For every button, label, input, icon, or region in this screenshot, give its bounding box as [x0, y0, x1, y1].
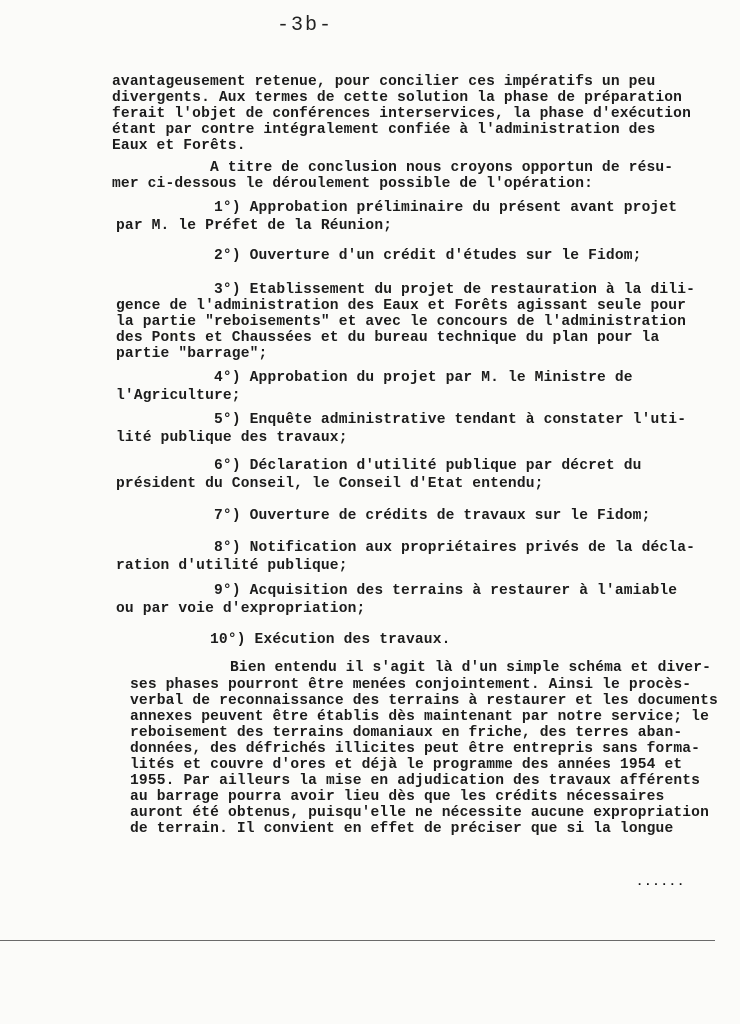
- step-10-line: 10°) Exécution des travaux.: [210, 632, 451, 648]
- step-5-line: lité publique des travaux;: [116, 430, 348, 446]
- page-number: -3b-: [277, 14, 333, 37]
- step-1-line: par M. le Préfet de la Réunion;: [116, 218, 392, 234]
- continuation-marker: ......: [636, 875, 685, 889]
- step-4-line: l'Agriculture;: [116, 388, 241, 404]
- closing-line: verbal de reconnaissance des terrains à …: [130, 693, 718, 709]
- step-3-line: la partie "reboisements" et avec le conc…: [116, 314, 686, 330]
- step-8-line: 8°) Notification aux propriétaires privé…: [214, 540, 695, 556]
- closing-line: annexes peuvent être établis dès mainten…: [130, 709, 709, 725]
- closing-line: reboisement des terrains domaniaux en fr…: [130, 725, 682, 741]
- step-9-line: 9°) Acquisition des terrains à restaurer…: [214, 583, 677, 599]
- step-3-line: partie "barrage";: [116, 346, 267, 362]
- step-9-line: ou par voie d'expropriation;: [116, 601, 365, 617]
- intro-line: avantageusement retenue, pour concilier …: [112, 74, 655, 90]
- step-5-line: 5°) Enquête administrative tendant à con…: [214, 412, 686, 428]
- step-3-line: 3°) Etablissement du projet de restaurat…: [214, 282, 695, 298]
- closing-line: de terrain. Il convient en effet de préc…: [130, 821, 673, 837]
- step-8-line: ration d'utilité publique;: [116, 558, 348, 574]
- step-7-line: 7°) Ouverture de crédits de travaux sur …: [214, 508, 650, 524]
- closing-line: données, des défrichés illicites peut êt…: [130, 741, 700, 757]
- intro-line: étant par contre intégralement confiée à…: [112, 122, 655, 138]
- closing-line: ses phases pourront être menées conjoint…: [130, 677, 691, 693]
- step-4-line: 4°) Approbation du projet par M. le Mini…: [214, 370, 633, 386]
- step-3-line: gence de l'administration des Eaux et Fo…: [116, 298, 686, 314]
- step-2-line: 2°) Ouverture d'un crédit d'études sur l…: [214, 248, 642, 264]
- closing-line: au barrage pourra avoir lieu dès que les…: [130, 789, 664, 805]
- page-bottom-edge: [0, 940, 715, 941]
- step-6-line: président du Conseil, le Conseil d'Etat …: [116, 476, 544, 492]
- closing-line: Bien entendu il s'agit là d'un simple sc…: [230, 660, 711, 676]
- step-1-line: 1°) Approbation préliminaire du présent …: [214, 200, 677, 216]
- closing-line: lités et couvre d'ores et déjà le progra…: [130, 757, 682, 773]
- intro-line: divergents. Aux termes de cette solution…: [112, 90, 682, 106]
- conclusion-line: mer ci-dessous le déroulement possible d…: [112, 176, 593, 192]
- closing-line: 1955. Par ailleurs la mise en adjudicati…: [130, 773, 700, 789]
- closing-line: auront été obtenus, puisqu'elle ne néces…: [130, 805, 709, 821]
- intro-line: ferait l'objet de conférences interservi…: [112, 106, 691, 122]
- conclusion-line: A titre de conclusion nous croyons oppor…: [210, 160, 673, 176]
- step-3-line: des Ponts et Chaussées et du bureau tech…: [116, 330, 659, 346]
- step-6-line: 6°) Déclaration d'utilité publique par d…: [214, 458, 642, 474]
- intro-line: Eaux et Forêts.: [112, 138, 246, 154]
